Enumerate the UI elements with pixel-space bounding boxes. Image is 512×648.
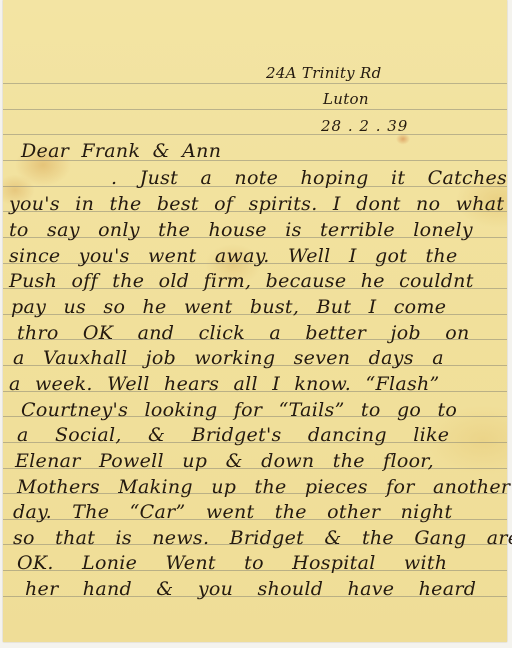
letter-line: . Just a note hoping it Catches [111,167,507,189]
ruled-line [3,83,507,84]
letter-line: pay us so he went bust, But I come [11,296,446,318]
letter-line: a week. Well hears all I know. “Flash” [9,373,440,395]
ruled-line [3,109,507,110]
letter-line: since you's went away. Well I got the [9,245,458,267]
ruled-line [3,134,507,135]
letter-line: Courtney's looking for “Tails” to go to [21,399,457,421]
letter-line: day. The “Car” went the other night [13,501,453,523]
letter-line: to say only the house is terrible lonely [9,219,473,241]
salutation: Dear Frank & Ann [21,140,221,162]
address-line-1: 24A Trinity Rd [266,64,381,82]
letter-line: Mothers Making up the pieces for another [17,476,510,498]
letter-line: Push off the old firm, because he couldn… [9,270,474,292]
letter-line: thro OK and click a better job on [17,322,470,344]
letter-line: a Social, & Bridget's dancing like [17,424,449,446]
letter-line: a Vauxhall job working seven days a [13,347,444,369]
address-line-2: Luton [323,90,369,108]
letter-line: you's in the best of spirits. I dont no … [9,193,504,215]
letter-date: 28 . 2 . 39 [321,117,408,135]
letter-line: so that is news. Bridget & the Gang are [13,527,512,549]
letter-line: OK. Lonie Went to Hospital with [17,552,447,574]
letter-line: Elenar Powell up & down the floor, [15,450,434,472]
letter-line: her hand & you should have heard [25,578,476,600]
letter-page: 24A Trinity Rd Luton 28 . 2 . 39 Dear Fr… [3,0,507,642]
